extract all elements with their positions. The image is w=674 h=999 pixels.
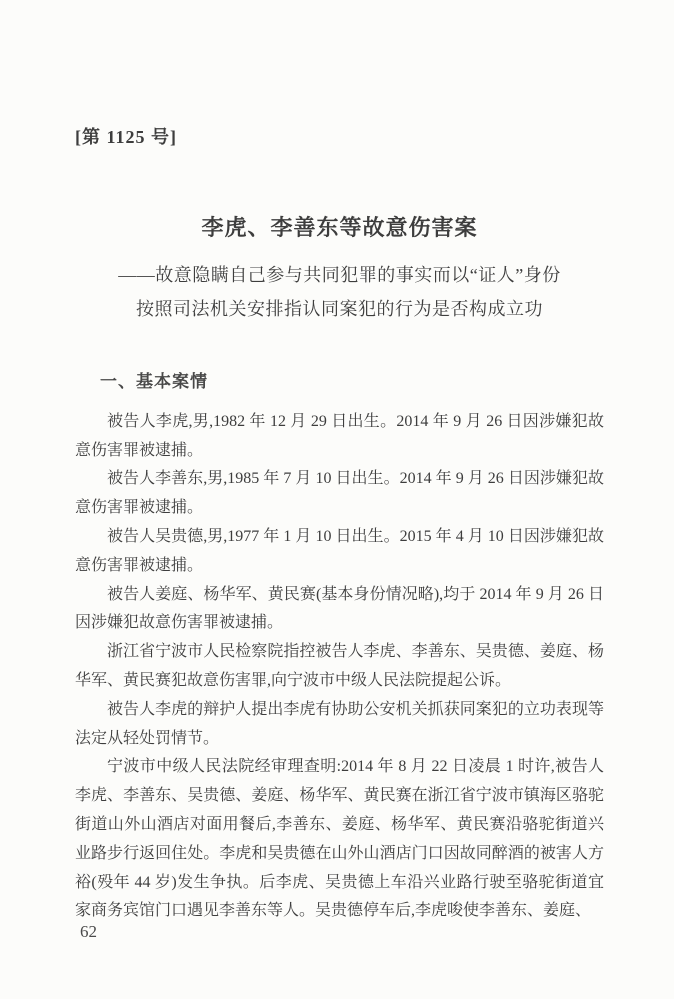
case-subtitle-line2: 按照司法机关安排指认同案犯的行为是否构成立功 [75, 292, 604, 326]
page-number: 62 [80, 921, 97, 943]
body-paragraph: 浙江省宁波市人民检察院指控被告人李虎、李善东、吴贵德、姜庭、杨华军、黄民赛犯故意… [75, 638, 604, 696]
body-paragraph: 宁波市中级人民法院经审理查明:2014 年 8 月 22 日凌晨 1 时许,被告… [75, 753, 604, 926]
case-title: 李虎、李善东等故意伤害案 [75, 213, 604, 243]
body-paragraph: 被告人姜庭、杨华军、黄民赛(基本身份情况略),均于 2014 年 9 月 26 … [75, 581, 604, 639]
page-content: [第 1125 号] 李虎、李善东等故意伤害案 ——故意隐瞒自己参与共同犯罪的事… [0, 0, 674, 926]
body-paragraph: 被告人李虎,男,1982 年 12 月 29 日出生。2014 年 9 月 26… [75, 408, 604, 466]
body-text: 被告人李虎,男,1982 年 12 月 29 日出生。2014 年 9 月 26… [75, 408, 604, 926]
body-paragraph: 被告人吴贵德,男,1977 年 1 月 10 日出生。2015 年 4 月 10… [75, 523, 604, 581]
section-heading-basic-facts: 一、基本案情 [100, 370, 604, 394]
document-page: [第 1125 号] 李虎、李善东等故意伤害案 ——故意隐瞒自己参与共同犯罪的事… [0, 0, 674, 999]
body-paragraph: 被告人李善东,男,1985 年 7 月 10 日出生。2014 年 9 月 26… [75, 465, 604, 523]
case-number: [第 1125 号] [75, 125, 604, 149]
case-subtitle-line1: ——故意隐瞒自己参与共同犯罪的事实而以“证人”身份 [75, 258, 604, 292]
case-subtitle: ——故意隐瞒自己参与共同犯罪的事实而以“证人”身份 按照司法机关安排指认同案犯的… [75, 258, 604, 326]
body-paragraph: 被告人李虎的辩护人提出李虎有协助公安机关抓获同案犯的立功表现等法定从轻处罚情节。 [75, 696, 604, 754]
